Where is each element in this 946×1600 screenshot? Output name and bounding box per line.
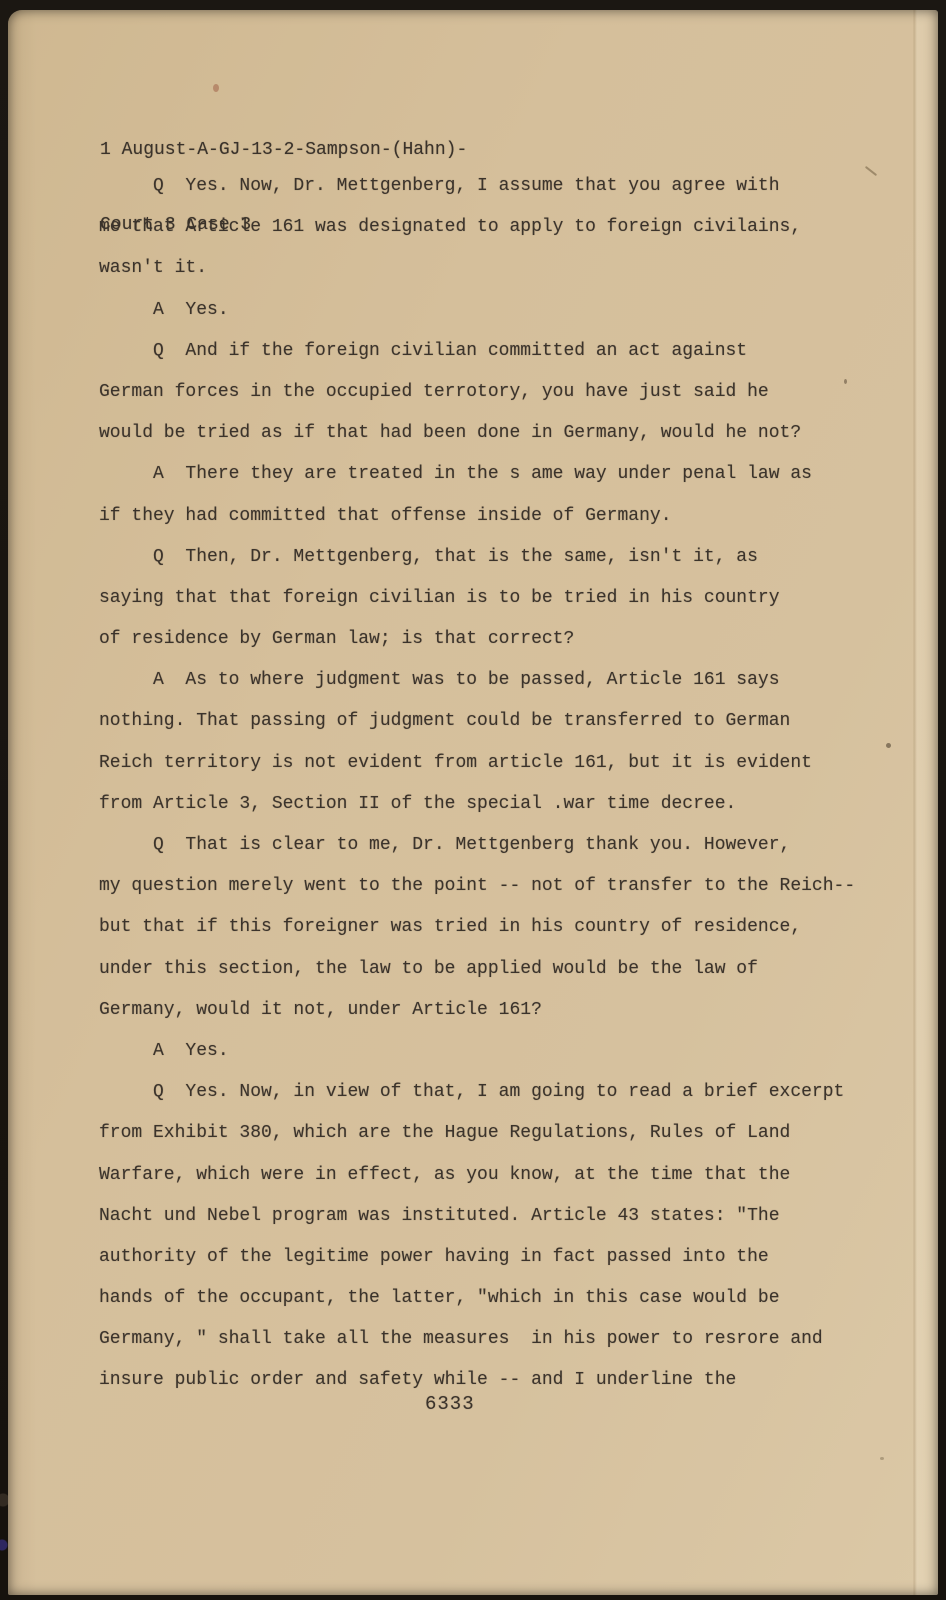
transcript-line: would be tried as if that had been done … xyxy=(99,413,889,454)
transcript-line: authority of the legitime power having i… xyxy=(99,1237,889,1278)
header-case-reference: 1 August-A-GJ-13-2-Sampson-(Hahn)- xyxy=(100,138,467,163)
transcript-line: saying that that foreign civilian is to … xyxy=(99,578,889,619)
transcript-line: Germany, would it not, under Article 161… xyxy=(99,990,889,1031)
transcript-line: A Yes. xyxy=(99,290,889,331)
transcript-line: from Exhibit 380, which are the Hague Re… xyxy=(99,1113,889,1154)
transcript-line: hands of the occupant, the latter, "whic… xyxy=(99,1278,889,1319)
transcript-line: of residence by German law; is that corr… xyxy=(99,619,889,660)
transcript-line: Warfare, which were in effect, as you kn… xyxy=(99,1155,889,1196)
transcript-line: nothing. That passing of judgment could … xyxy=(99,701,889,742)
transcript-line: but that if this foreigner was tried in … xyxy=(99,907,889,948)
transcript-line: if they had committed that offense insid… xyxy=(99,496,889,537)
transcript-line: Reich territory is not evident from arti… xyxy=(99,743,889,784)
transcript-line: insure public order and safety while -- … xyxy=(99,1360,889,1401)
transcript-line: German forces in the occupied terrotory,… xyxy=(99,372,889,413)
transcript-line: Q Yes. Now, Dr. Mettgenberg, I assume th… xyxy=(99,166,889,207)
transcript-line: Germany, " shall take all the measures i… xyxy=(99,1319,889,1360)
transcript-line: wasn't it. xyxy=(99,248,889,289)
transcript-line: my question merely went to the point -- … xyxy=(99,866,889,907)
transcript-line: A As to where judgment was to be passed,… xyxy=(99,660,889,701)
transcript-line: Q Yes. Now, in view of that, I am going … xyxy=(99,1072,889,1113)
page-number: 6333 xyxy=(425,1393,475,1415)
transcript-line: under this section, the law to be applie… xyxy=(99,949,889,990)
transcript-line: A Yes. xyxy=(99,1031,889,1072)
transcript-line: Q Then, Dr. Mettgenberg, that is the sam… xyxy=(99,537,889,578)
transcript-line: A There they are treated in the s ame wa… xyxy=(99,454,889,495)
transcript-body: Q Yes. Now, Dr. Mettgenberg, I assume th… xyxy=(99,166,889,1402)
paper-speck xyxy=(880,1457,884,1460)
transcript-line: Q That is clear to me, Dr. Mettgenberg t… xyxy=(99,825,889,866)
transcript-line: Q And if the foreign civilian committed … xyxy=(99,331,889,372)
transcript-line: from Article 3, Section II of the specia… xyxy=(99,784,889,825)
transcript-line: Nacht und Nebel program was instituted. … xyxy=(99,1196,889,1237)
transcript-line: me that Article 161 was designated to ap… xyxy=(99,207,889,248)
